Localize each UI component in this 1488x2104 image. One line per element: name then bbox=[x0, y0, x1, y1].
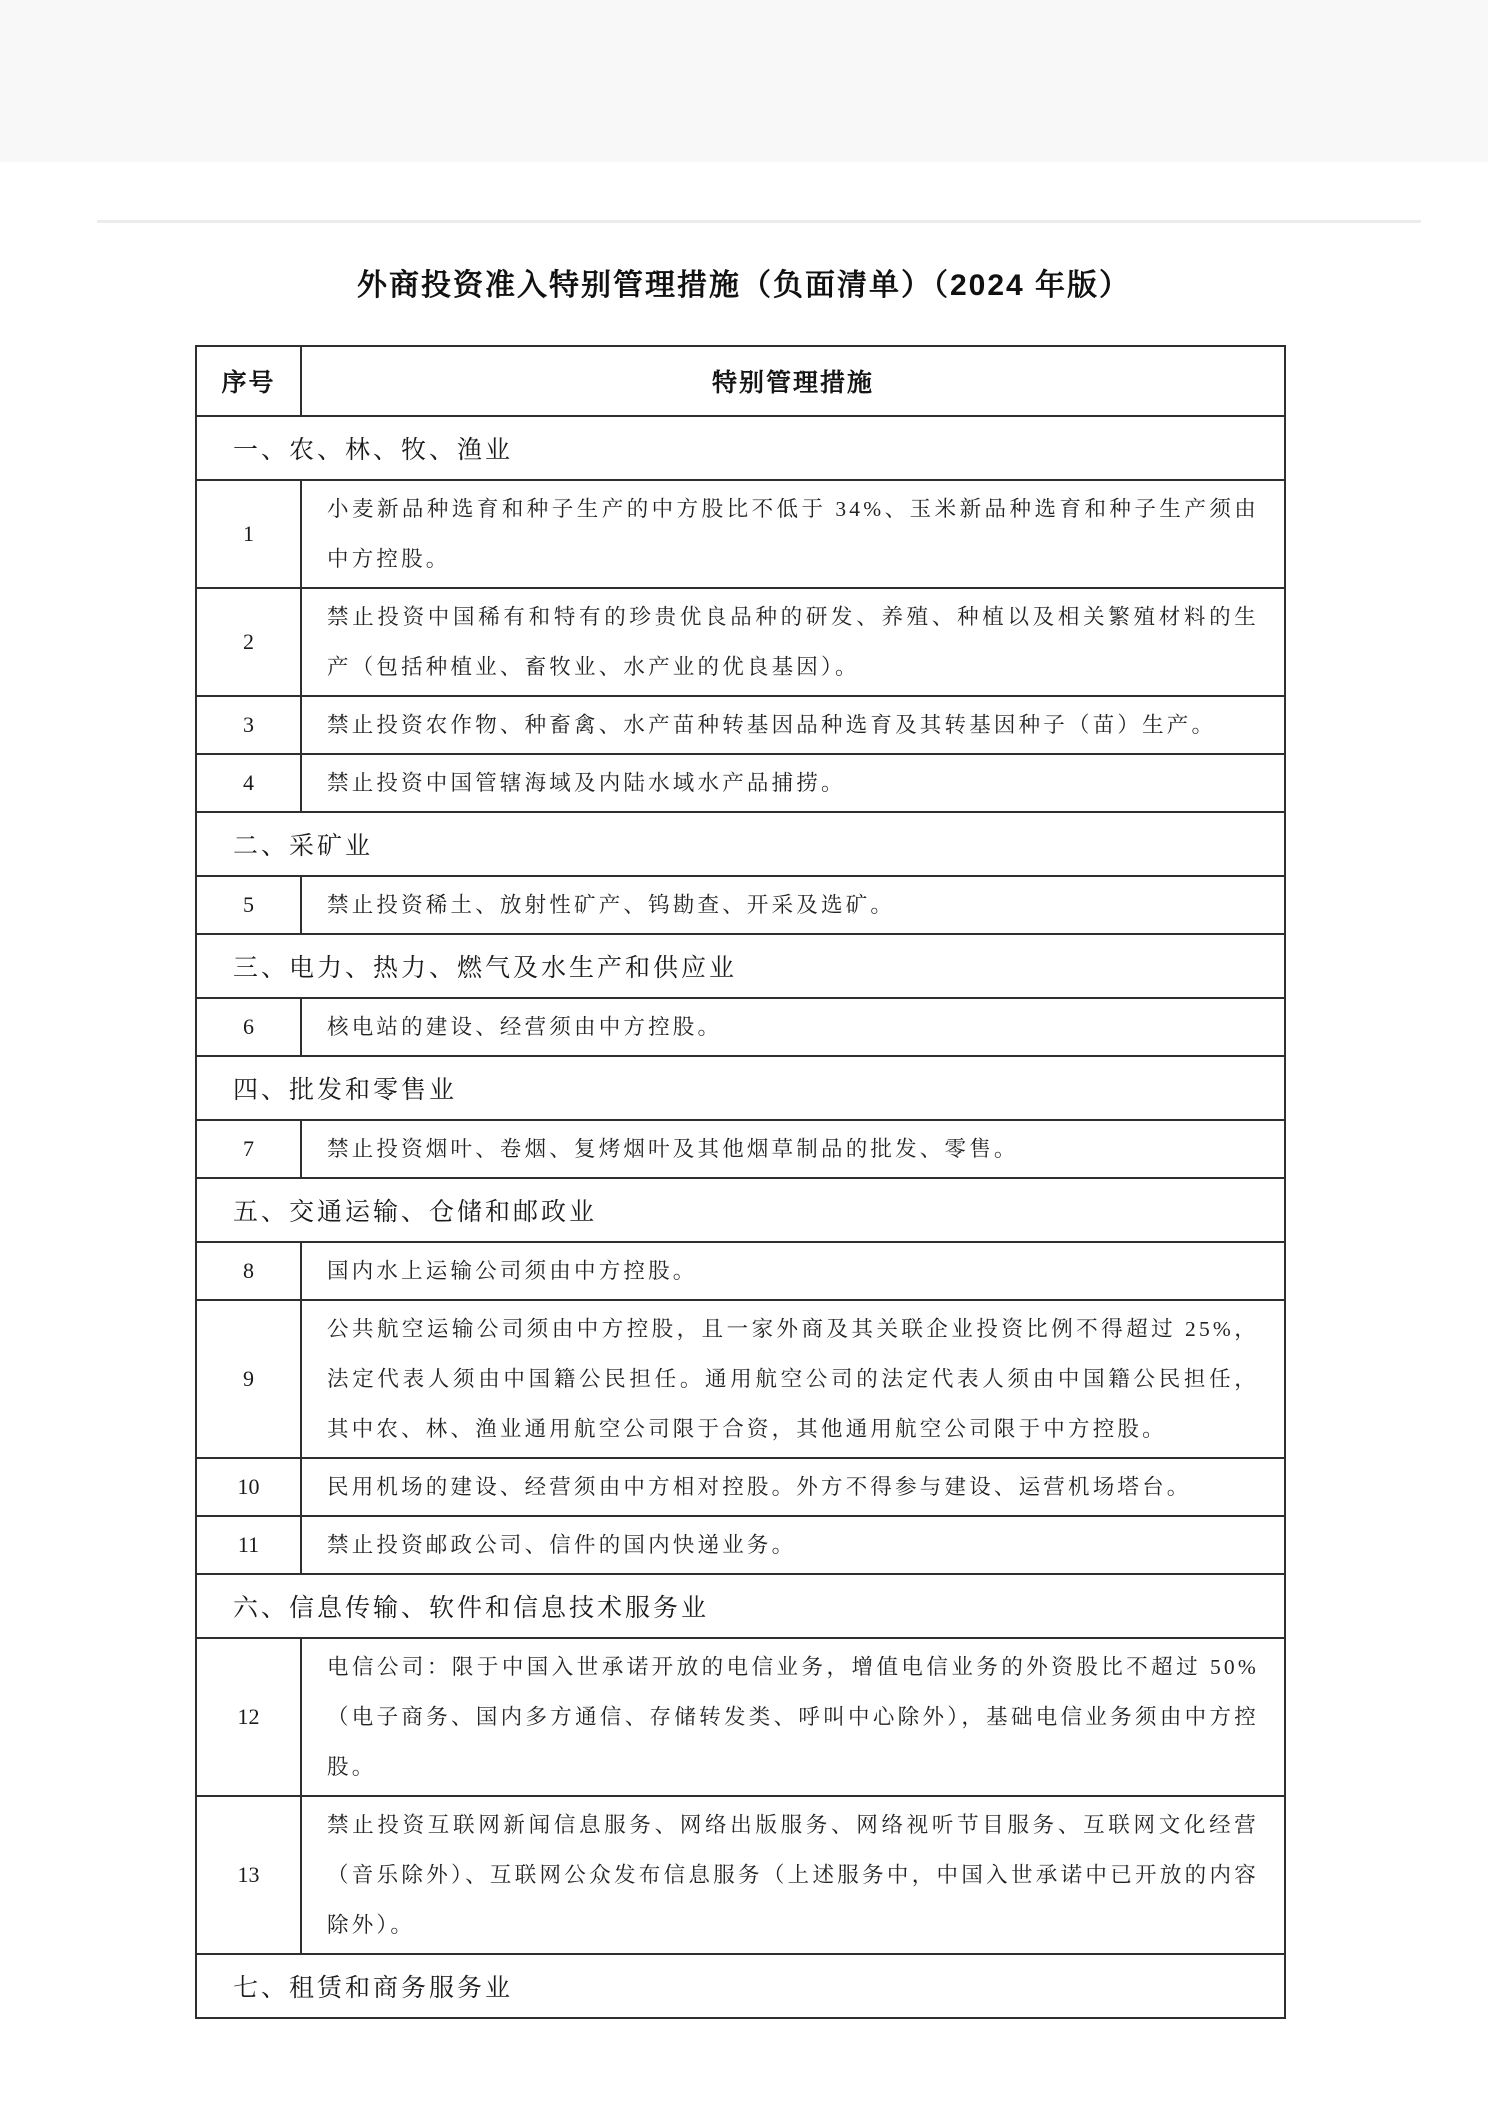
row-number: 5 bbox=[196, 876, 301, 934]
measure-row: 2禁止投资中国稀有和特有的珍贵优良品种的研发、养殖、种植以及相关繁殖材料的生产（… bbox=[196, 588, 1285, 696]
row-number: 2 bbox=[196, 588, 301, 696]
section-row: 三、电力、热力、燃气及水生产和供应业 bbox=[196, 934, 1285, 998]
measure-row: 5禁止投资稀土、放射性矿产、钨勘查、开采及选矿。 bbox=[196, 876, 1285, 934]
negative-list-table: 序号 特别管理措施 一、农、林、牧、渔业1小麦新品种选育和种子生产的中方股比不低… bbox=[195, 345, 1286, 2019]
measure-row: 1小麦新品种选育和种子生产的中方股比不低于 34%、玉米新品种选育和种子生产须由… bbox=[196, 480, 1285, 588]
section-label: 五、交通运输、仓储和邮政业 bbox=[196, 1178, 1285, 1242]
measure-text: 禁止投资中国管辖海域及内陆水域水产品捕捞。 bbox=[301, 754, 1285, 812]
document-page: { "page": { "title": "外商投资准入特别管理措施（负面清单）… bbox=[0, 0, 1488, 2104]
measure-text: 禁止投资稀土、放射性矿产、钨勘查、开采及选矿。 bbox=[301, 876, 1285, 934]
table-body: 一、农、林、牧、渔业1小麦新品种选育和种子生产的中方股比不低于 34%、玉米新品… bbox=[196, 416, 1285, 2018]
row-number: 13 bbox=[196, 1796, 301, 1954]
row-number: 1 bbox=[196, 480, 301, 588]
measure-text: 核电站的建设、经营须由中方控股。 bbox=[301, 998, 1285, 1056]
section-label: 二、采矿业 bbox=[196, 812, 1285, 876]
page-title: 外商投资准入特别管理措施（负面清单）（2024 年版） bbox=[0, 260, 1488, 304]
measure-row: 7禁止投资烟叶、卷烟、复烤烟叶及其他烟草制品的批发、零售。 bbox=[196, 1120, 1285, 1178]
section-label: 七、租赁和商务服务业 bbox=[196, 1954, 1285, 2018]
row-number: 12 bbox=[196, 1638, 301, 1796]
section-label: 六、信息传输、软件和信息技术服务业 bbox=[196, 1574, 1285, 1638]
measure-text: 公共航空运输公司须由中方控股，且一家外商及其关联企业投资比例不得超过 25%，法… bbox=[301, 1300, 1285, 1458]
row-number: 7 bbox=[196, 1120, 301, 1178]
measure-text: 禁止投资烟叶、卷烟、复烤烟叶及其他烟草制品的批发、零售。 bbox=[301, 1120, 1285, 1178]
measure-row: 12电信公司：限于中国入世承诺开放的电信业务，增值电信业务的外资股比不超过 50… bbox=[196, 1638, 1285, 1796]
measure-row: 10民用机场的建设、经营须由中方相对控股。外方不得参与建设、运营机场塔台。 bbox=[196, 1458, 1285, 1516]
column-header-index: 序号 bbox=[196, 346, 301, 416]
row-number: 10 bbox=[196, 1458, 301, 1516]
table-header: 序号 特别管理措施 bbox=[196, 346, 1285, 416]
section-row: 一、农、林、牧、渔业 bbox=[196, 416, 1285, 480]
row-number: 11 bbox=[196, 1516, 301, 1574]
measure-row: 9公共航空运输公司须由中方控股，且一家外商及其关联企业投资比例不得超过 25%，… bbox=[196, 1300, 1285, 1458]
top-strip bbox=[0, 0, 1488, 162]
section-label: 一、农、林、牧、渔业 bbox=[196, 416, 1285, 480]
measure-text: 民用机场的建设、经营须由中方相对控股。外方不得参与建设、运营机场塔台。 bbox=[301, 1458, 1285, 1516]
row-number: 8 bbox=[196, 1242, 301, 1300]
row-number: 6 bbox=[196, 998, 301, 1056]
section-label: 三、电力、热力、燃气及水生产和供应业 bbox=[196, 934, 1285, 998]
section-row: 六、信息传输、软件和信息技术服务业 bbox=[196, 1574, 1285, 1638]
negative-list-table-container: 序号 特别管理措施 一、农、林、牧、渔业1小麦新品种选育和种子生产的中方股比不低… bbox=[195, 345, 1286, 2019]
measure-text: 电信公司：限于中国入世承诺开放的电信业务，增值电信业务的外资股比不超过 50%（… bbox=[301, 1638, 1285, 1796]
row-number: 3 bbox=[196, 696, 301, 754]
measure-text: 小麦新品种选育和种子生产的中方股比不低于 34%、玉米新品种选育和种子生产须由中… bbox=[301, 480, 1285, 588]
section-row: 四、批发和零售业 bbox=[196, 1056, 1285, 1120]
measure-row: 8国内水上运输公司须由中方控股。 bbox=[196, 1242, 1285, 1300]
page-edge-shadow bbox=[97, 220, 1421, 223]
section-row: 七、租赁和商务服务业 bbox=[196, 1954, 1285, 2018]
measure-text: 禁止投资中国稀有和特有的珍贵优良品种的研发、养殖、种植以及相关繁殖材料的生产（包… bbox=[301, 588, 1285, 696]
measure-row: 11禁止投资邮政公司、信件的国内快递业务。 bbox=[196, 1516, 1285, 1574]
measure-text: 禁止投资农作物、种畜禽、水产苗种转基因品种选育及其转基因种子（苗）生产。 bbox=[301, 696, 1285, 754]
measure-row: 6核电站的建设、经营须由中方控股。 bbox=[196, 998, 1285, 1056]
row-number: 9 bbox=[196, 1300, 301, 1458]
column-header-measure: 特别管理措施 bbox=[301, 346, 1285, 416]
measure-text: 国内水上运输公司须由中方控股。 bbox=[301, 1242, 1285, 1300]
measure-text: 禁止投资互联网新闻信息服务、网络出版服务、网络视听节目服务、互联网文化经营（音乐… bbox=[301, 1796, 1285, 1954]
measure-text: 禁止投资邮政公司、信件的国内快递业务。 bbox=[301, 1516, 1285, 1574]
row-number: 4 bbox=[196, 754, 301, 812]
measure-row: 3禁止投资农作物、种畜禽、水产苗种转基因品种选育及其转基因种子（苗）生产。 bbox=[196, 696, 1285, 754]
section-row: 五、交通运输、仓储和邮政业 bbox=[196, 1178, 1285, 1242]
measure-row: 13禁止投资互联网新闻信息服务、网络出版服务、网络视听节目服务、互联网文化经营（… bbox=[196, 1796, 1285, 1954]
header-row: 序号 特别管理措施 bbox=[196, 346, 1285, 416]
measure-row: 4禁止投资中国管辖海域及内陆水域水产品捕捞。 bbox=[196, 754, 1285, 812]
section-label: 四、批发和零售业 bbox=[196, 1056, 1285, 1120]
section-row: 二、采矿业 bbox=[196, 812, 1285, 876]
